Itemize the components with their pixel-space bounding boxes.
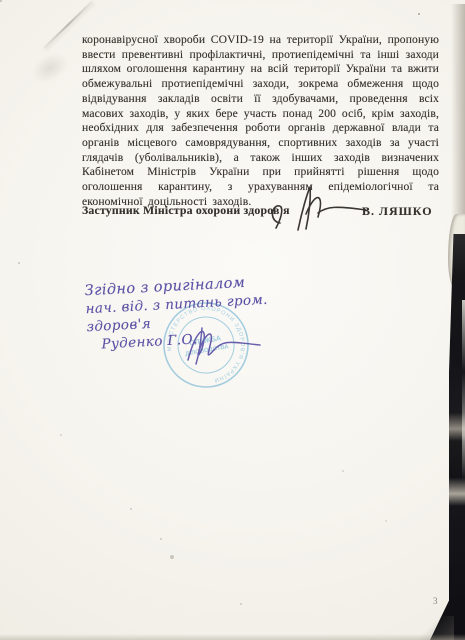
scanned-document-page: коронавірусної хвороби COVID-19 на терит… [0, 0, 465, 640]
clerk-signature-ink [182, 322, 266, 370]
signer-title: Заступник Міністра охорони здоров'я [82, 203, 290, 218]
letter-body-paragraph: коронавірусної хвороби COVID-19 на терит… [82, 33, 439, 209]
signer-name: В. ЛЯШКО [362, 204, 433, 219]
scan-bottom-edge [0, 634, 465, 640]
scan-noise-speckles [0, 0, 2, 2]
scan-edge-shadow-top [451, 4, 465, 240]
page-number: 3 [433, 596, 438, 606]
minister-signature-ink [268, 183, 370, 237]
paper-smudge-artifact [26, 47, 74, 90]
